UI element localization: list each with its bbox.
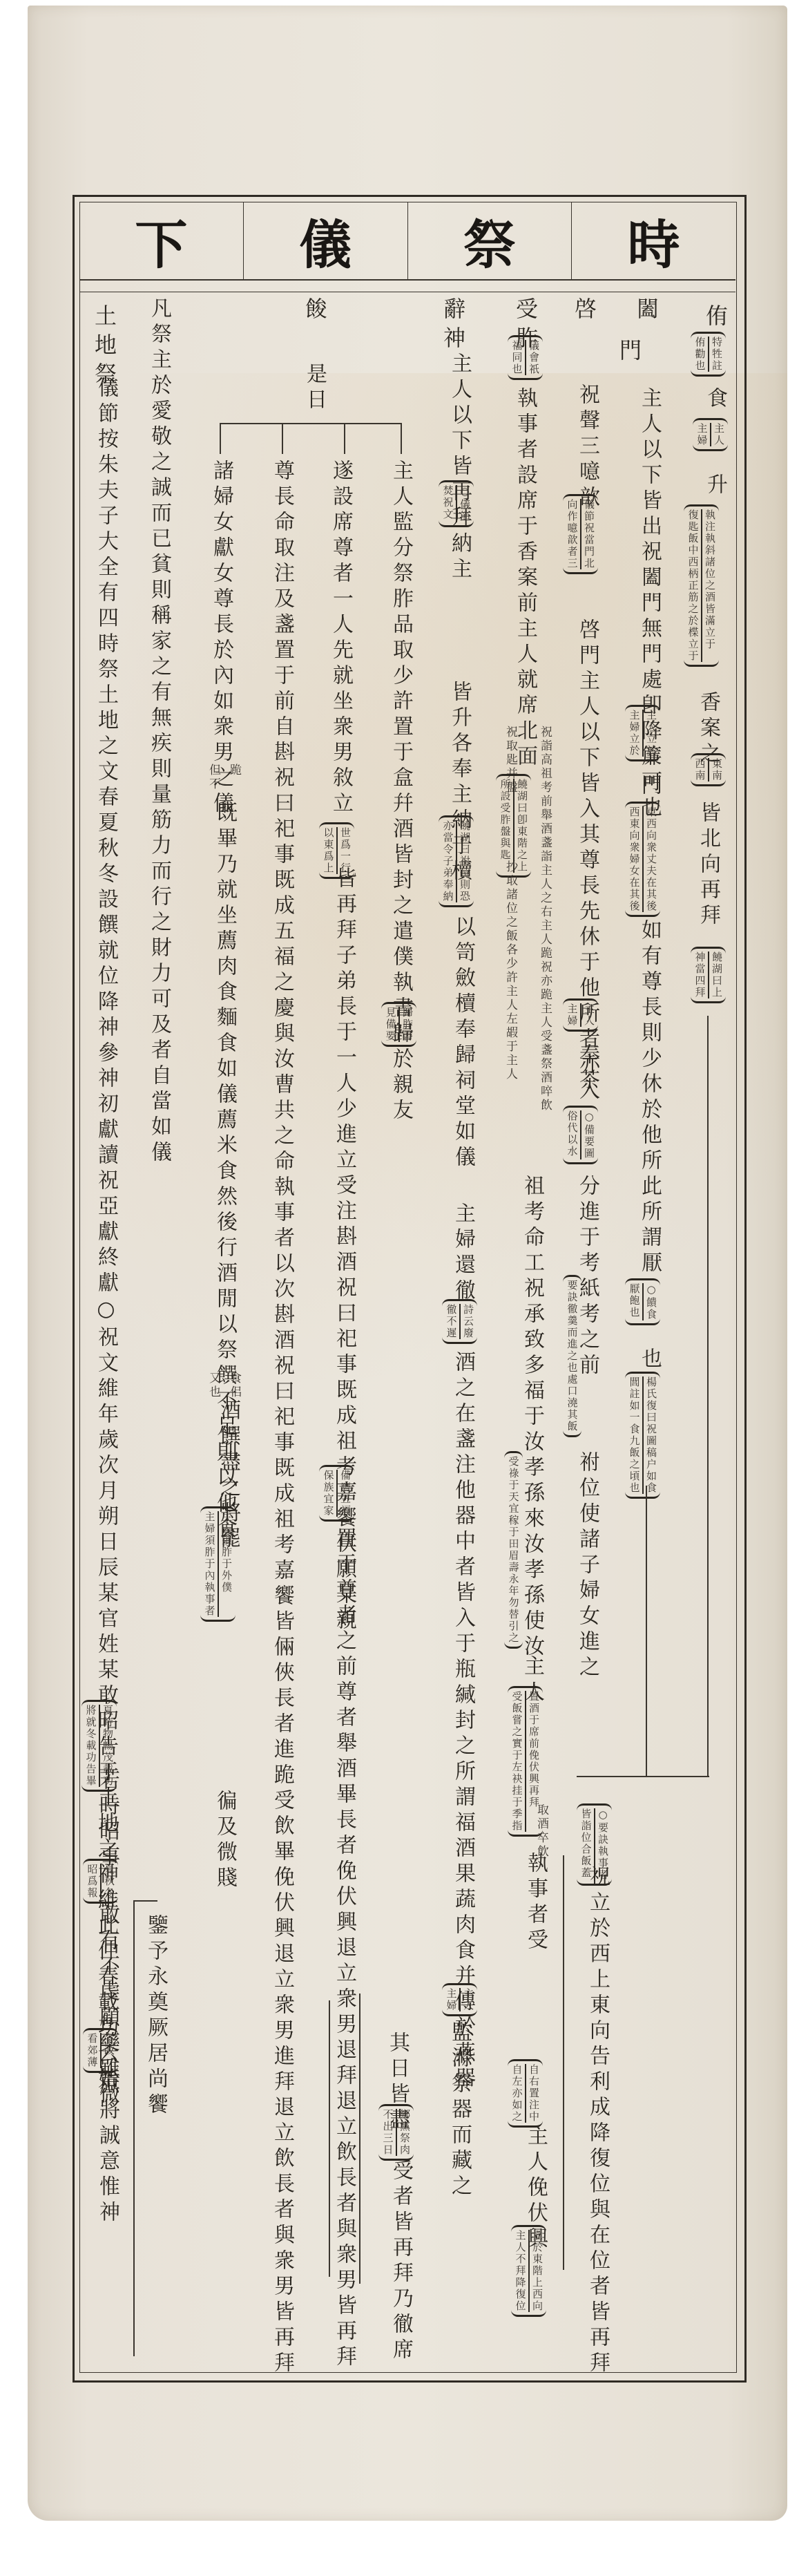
note-youshi-1: 特牲註侑勸也 xyxy=(691,332,726,377)
note-xiangan: 東南西南 xyxy=(691,753,726,786)
col-qimen-body: 祝聲三噫歆 xyxy=(577,383,597,511)
col-qimen-after2: 奉茶 xyxy=(577,1043,597,1095)
branch-bar xyxy=(220,423,402,424)
col-cishen-after3: 以笥斂櫝奉歸祠堂如儀 xyxy=(452,916,473,1171)
box-line xyxy=(133,1900,157,1902)
col-shouzuo-tail: 取酒卒飲 xyxy=(535,1803,547,1859)
connector-line xyxy=(577,1776,709,1777)
branch-4-small: 但不 xyxy=(207,764,219,791)
col-tudi-boxed: 鑒予永奠厥居尚饗 xyxy=(145,1914,166,2119)
col-qimen-after4: 祔位使諸子婦女進之 xyxy=(577,1451,597,1681)
note-hemen-3: ○饋食厭飽也 xyxy=(625,1278,660,1325)
note-qimen-4: 要訣徹羹而進之也處口澆其飯 xyxy=(563,1275,581,1437)
col-shouzuo-tail2: 執事者受 xyxy=(525,1852,546,1954)
note-shouzuo-3: 受祿于天宜稼于田眉壽永年勿替引之 xyxy=(504,1451,523,1649)
col-shouzuo-body: 執事者設席于香案前主人就席北面 xyxy=(514,387,535,770)
note-tudi-2: 夏秋冬昭爲報 xyxy=(83,1859,118,1904)
title-sub-band xyxy=(79,279,735,292)
note-shouzuo-1: 儀會祇福同也 xyxy=(508,335,543,380)
col-shouzuo-small3: 抄取諸位之飯各少許主人左嘏于主人 xyxy=(504,860,516,1081)
note-shouzuo-5: 自右置注中自左亦如之 xyxy=(508,2059,543,2128)
branch-3-text: 尊長命取注及盞置于前自斟祝曰祀事既成五福之慶與汝曹共之命執事者以次斟酒祝曰祀事既… xyxy=(271,460,292,2377)
note-cishen-4: 主人主婦 xyxy=(442,1983,477,2016)
note-hemen-2: 東西向衆丈夫在其後西東向衆婦女在其後 xyxy=(625,802,660,917)
title-banner: 下 儀 祭 時 xyxy=(79,202,735,281)
note-qimen-3: ○備要圖俗代以水 xyxy=(563,1106,598,1164)
title-char-4: 時 xyxy=(571,202,735,279)
note-hemen-1: 主人立於主婦立於 xyxy=(625,705,660,761)
note-raohu: 饒湖曰上神當四拜 xyxy=(691,947,726,1003)
branch-4-small-b: 跪 xyxy=(228,764,240,777)
col-cishen-head: 辭神 xyxy=(442,297,464,355)
col-beixiang: 皆北向再拜 xyxy=(698,802,718,929)
branch-4-note: 主人須胙于外僕主婦須胙于內執事者 xyxy=(200,1506,235,1622)
col-tudi-after: 若時昭事 xyxy=(97,1769,117,1871)
connector-line xyxy=(646,1486,647,1776)
note-youshi-2: 主人主婦 xyxy=(693,418,728,451)
col-hemen-end: 也 xyxy=(639,1347,660,1373)
col-youshi-text: 食 xyxy=(704,387,725,413)
col-jun-head: 餕 xyxy=(304,297,326,326)
connector-line xyxy=(707,1016,709,1776)
col-cishen-tail2: 主婦還徹 xyxy=(452,1202,473,1305)
col-cishen-tail3: 酒之在盞注他器中者皆入于瓶緘封之所謂福酒果蔬肉食并傳於燕器 xyxy=(452,1351,473,2092)
col-hemen-head: 闔 xyxy=(635,297,657,326)
branch-stub xyxy=(220,423,221,454)
note-cishen-2: 饒湖曰祔位則恐亦當令子弟奉納 xyxy=(439,815,474,907)
branch-stub xyxy=(401,423,402,454)
note-jun-closing: 鄉黨祭肉不出三日 xyxy=(378,2104,414,2161)
box-line xyxy=(133,1900,135,2356)
title-char-2: 儀 xyxy=(243,202,407,279)
note-youshi-3: 執注執斜諸位之酒皆滿立于復匙飯中西柄正筋之於楪立于 xyxy=(684,504,719,667)
col-shouzuo-body2: 祖考命工祝承致多福于汝孝孫來汝孝孫使汝 xyxy=(521,1175,542,1660)
col-hemen-men: 門 xyxy=(618,339,640,368)
col-zhu-li: 祝立於西上東向告利成降復位與在位者皆再拜 xyxy=(587,1866,608,2377)
col-jun-closing2: 受者皆再拜乃徹席 xyxy=(390,2159,411,2364)
note-qimen-2: 主人主婦 xyxy=(563,998,598,1032)
title-char-1: 下 xyxy=(79,202,243,279)
connector-line xyxy=(563,1855,564,2270)
note-hemen-4: 楊氏復曰祝圖稿户如食閭註如一食九飯之頃也 xyxy=(625,1372,660,1499)
col-tudi-after3: 庶將誠意惟神 xyxy=(97,2073,117,2226)
col-youshi-after: 升 xyxy=(704,473,725,499)
branch-4-small2: 食佀 xyxy=(228,1372,240,1399)
col-qimen-head: 啓 xyxy=(573,297,595,326)
title-char-3: 祭 xyxy=(407,202,572,279)
branch-4-after3: 徧及微賤 xyxy=(214,1790,235,1892)
note-shouzuo-6: 立於東階上西向主人不拜降復位 xyxy=(511,2225,546,2317)
col-hemen-after: 門 xyxy=(639,774,660,799)
branch-stub xyxy=(344,423,345,454)
col-cishen-after: 納主 xyxy=(449,532,470,583)
col-youshi-head: 侑 xyxy=(704,304,727,333)
branch-2-text: 遂設席尊者一人先就坐衆男敘立 xyxy=(330,460,351,817)
note-qimen-1: 儀節祝當門北向作噫歆者三 xyxy=(563,494,598,574)
note-cishen-3: 詩云廢徹不遲 xyxy=(442,1299,477,1344)
closing-bracket xyxy=(329,2000,330,2277)
branch-2-note2: 備膺五福保族宜家 xyxy=(319,1465,354,1522)
col-jun-subhead: 是日 xyxy=(304,363,325,414)
branch-2-after2: 置于尊者之前尊者舉酒畢長者俛伏興退立衆男退拜退立飲長者與衆男皆再拜 xyxy=(334,1527,354,2371)
branch-4-small2-b: 又也 xyxy=(207,1372,219,1399)
note-tudi-3: 冬改看郊薄 xyxy=(83,2028,118,2073)
col-fanji: 凡祭主於愛敬之誠而已貧則稱家之有無疾則量筋力而行之財力可及者自當如儀 xyxy=(148,297,169,1166)
branch-stub xyxy=(282,423,283,454)
col-shouzuo-small: 祝詣高祖考前舉酒盞詣主人之右主人跪祝亦跪主人受盞祭酒啐飲 xyxy=(539,726,550,1112)
col-hemen-tail: 如有尊長則少休於他所此所謂厭 xyxy=(639,919,660,1277)
note-cishen-1: ○儀節焚祝文 xyxy=(439,480,474,527)
closing-bracket xyxy=(359,1993,360,2284)
col-cishen-end: 監滌祭器而藏之 xyxy=(449,2021,470,2200)
branch-1-note: 歸胙書見備要 xyxy=(381,1002,416,1047)
